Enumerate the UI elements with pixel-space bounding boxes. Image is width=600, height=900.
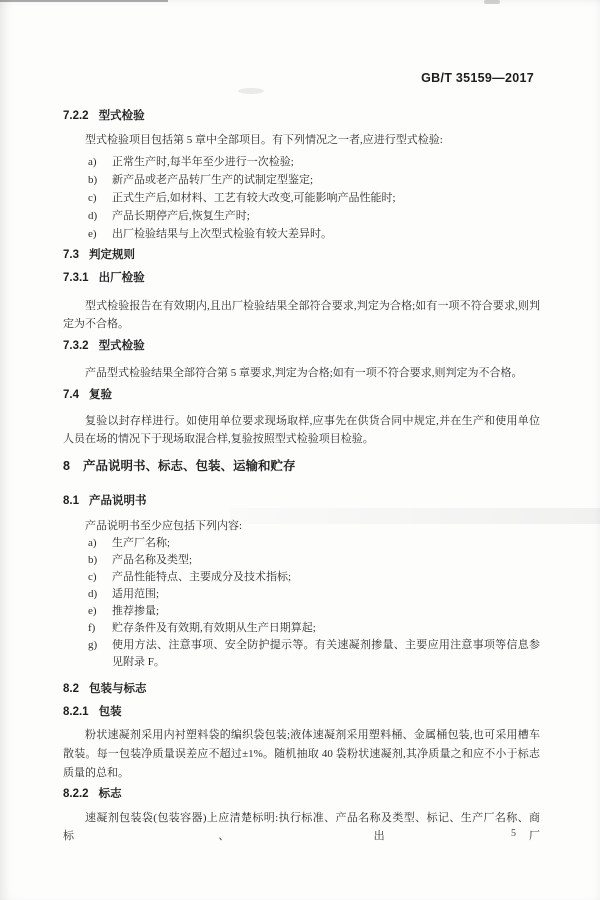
list-item: e) 出厂检验结果与上次型式检验有较大差异时。 [88, 225, 540, 243]
section-number: 7.3.1 [63, 272, 89, 284]
list-item-text: 推荐掺量; [112, 603, 540, 620]
section-heading-7-4: 7.4复验 [63, 388, 540, 402]
list-item-text: 适用范围; [112, 586, 540, 603]
list-item-label: g) [88, 637, 112, 671]
list-item-label: d) [88, 586, 112, 603]
list-item-label: a) [88, 153, 112, 171]
list-item: e) 推荐掺量; [88, 603, 540, 620]
section-title: 包装与标志 [89, 683, 147, 695]
list-item-text: 贮存条件及有效期,有效期从生产日期算起; [112, 620, 540, 637]
section-number: 7.3 [63, 249, 79, 261]
list-item-text: 产品性能特点、主要成分及技术指标; [112, 569, 540, 586]
list-item-text: 新产品或老产品转厂生产的试制定型鉴定; [112, 171, 540, 189]
list-item-text: 正常生产时,每半年至少进行一次检验; [112, 153, 540, 171]
section-number: 7.4 [63, 389, 79, 401]
section-title: 包装 [99, 706, 122, 718]
list-item: b) 产品名称及类型; [88, 552, 540, 569]
paragraph-7-3-2: 产品型式检验结果全部符合第 5 章要求,判定为合格;如有一项不符合要求,则判定为… [63, 364, 540, 382]
list-item-label: f) [88, 620, 112, 637]
list-8-1: a) 生产厂名称; b) 产品名称及类型; c) 产品性能特点、主要成分及技术指… [88, 535, 540, 671]
list-item-label: d) [88, 207, 112, 225]
list-item-label: c) [88, 189, 112, 207]
page-number: 5 [511, 828, 516, 839]
section-title: 型式检验 [99, 110, 145, 122]
list-item: a) 正常生产时,每半年至少进行一次检验; [88, 153, 540, 171]
section-number: 8.2.1 [63, 706, 89, 718]
list-item: c) 正式生产后,如材料、工艺有较大改变,可能影响产品性能时; [88, 189, 540, 207]
scan-artifact-smudge [238, 88, 264, 94]
list-item-label: b) [88, 552, 112, 569]
paragraph-7-3-1: 型式检验报告在有效期内,且出厂检验结果全部符合要求,判定为合格;如有一项不符合要… [63, 297, 540, 333]
section-number: 7.3.2 [63, 340, 89, 352]
paragraph-8-1-intro: 产品说明书至少应包括下列内容: [63, 517, 540, 535]
section-heading-8-1: 8.1产品说明书 [63, 494, 540, 508]
paragraph-7-2-2-intro: 型式检验项目包括第 5 章中全部项目。有下列情况之一者,应进行型式检验: [63, 131, 540, 149]
section-number: 8.2 [63, 683, 79, 695]
list-7-2-2: a) 正常生产时,每半年至少进行一次检验; b) 新产品或老产品转厂生产的试制定… [88, 153, 540, 243]
section-number: 8.2.2 [63, 788, 89, 800]
list-item: g) 使用方法、注意事项、安全防护提示等。有关速凝剂掺量、主要应用注意事项等信息… [88, 637, 540, 671]
section-title: 产品说明书 [89, 495, 147, 507]
list-item-label: e) [88, 603, 112, 620]
section-heading-8-2-1: 8.2.1包装 [63, 705, 540, 719]
list-item-label: c) [88, 569, 112, 586]
paragraph-7-4: 复验以封存样进行。如使用单位要求现场取样,应事先在供货合同中规定,并在生产和使用… [63, 412, 540, 448]
section-heading-8-2: 8.2包装与标志 [63, 682, 540, 696]
list-item: d) 产品长期停产后,恢复生产时; [88, 207, 540, 225]
section-heading-7-3-1: 7.3.1出厂检验 [63, 271, 540, 285]
section-heading-8: 8产品说明书、标志、包装、运输和贮存 [63, 459, 540, 473]
list-item-text: 产品名称及类型; [112, 552, 540, 569]
list-item-text: 产品长期停产后,恢复生产时; [112, 207, 540, 225]
list-item: f) 贮存条件及有效期,有效期从生产日期算起; [88, 620, 540, 637]
list-item-text: 生产厂名称; [112, 535, 540, 552]
section-title: 出厂检验 [99, 272, 145, 284]
running-header-standard-code: GB/T 35159—2017 [421, 71, 534, 85]
section-heading-8-2-2: 8.2.2标志 [63, 787, 540, 801]
list-item: a) 生产厂名称; [88, 535, 540, 552]
document-page: GB/T 35159—2017 7.2.2型式检验 型式检验项目包括第 5 章中… [0, 0, 600, 900]
section-heading-7-3-2: 7.3.2型式检验 [63, 339, 540, 353]
scan-artifact-top-line [0, 0, 168, 2]
scan-artifact-top-mark [484, 0, 500, 4]
section-title: 复验 [89, 389, 112, 401]
paragraph-8-2-1: 粉状速凝剂采用内衬塑料袋的编织袋包装;液体速凝剂采用塑料桶、金属桶包装,也可采用… [63, 726, 540, 783]
section-title: 判定规则 [89, 249, 135, 261]
section-heading-7-2-2: 7.2.2型式检验 [63, 109, 540, 123]
list-item: b) 新产品或老产品转厂生产的试制定型鉴定; [88, 171, 540, 189]
paragraph-8-2-2: 速凝剂包装袋(包装容器)上应清楚标明:执行标准、产品名称及类型、标记、生产厂名称… [63, 809, 540, 845]
list-item-label: a) [88, 535, 112, 552]
list-item-text: 出厂检验结果与上次型式检验有较大差异时。 [112, 225, 540, 243]
section-number: 8 [63, 459, 70, 473]
list-item-label: b) [88, 171, 112, 189]
list-item-text: 使用方法、注意事项、安全防护提示等。有关速凝剂掺量、主要应用注意事项等信息参见附… [112, 637, 540, 671]
section-title: 标志 [99, 788, 122, 800]
list-item-label: e) [88, 225, 112, 243]
list-item: c) 产品性能特点、主要成分及技术指标; [88, 569, 540, 586]
list-item: d) 适用范围; [88, 586, 540, 603]
section-heading-7-3: 7.3判定规则 [63, 248, 540, 262]
section-title: 产品说明书、标志、包装、运输和贮存 [83, 459, 296, 473]
list-item-text: 正式生产后,如材料、工艺有较大改变,可能影响产品性能时; [112, 189, 540, 207]
section-title: 型式检验 [99, 340, 145, 352]
section-number: 8.1 [63, 495, 79, 507]
section-number: 7.2.2 [63, 110, 89, 122]
